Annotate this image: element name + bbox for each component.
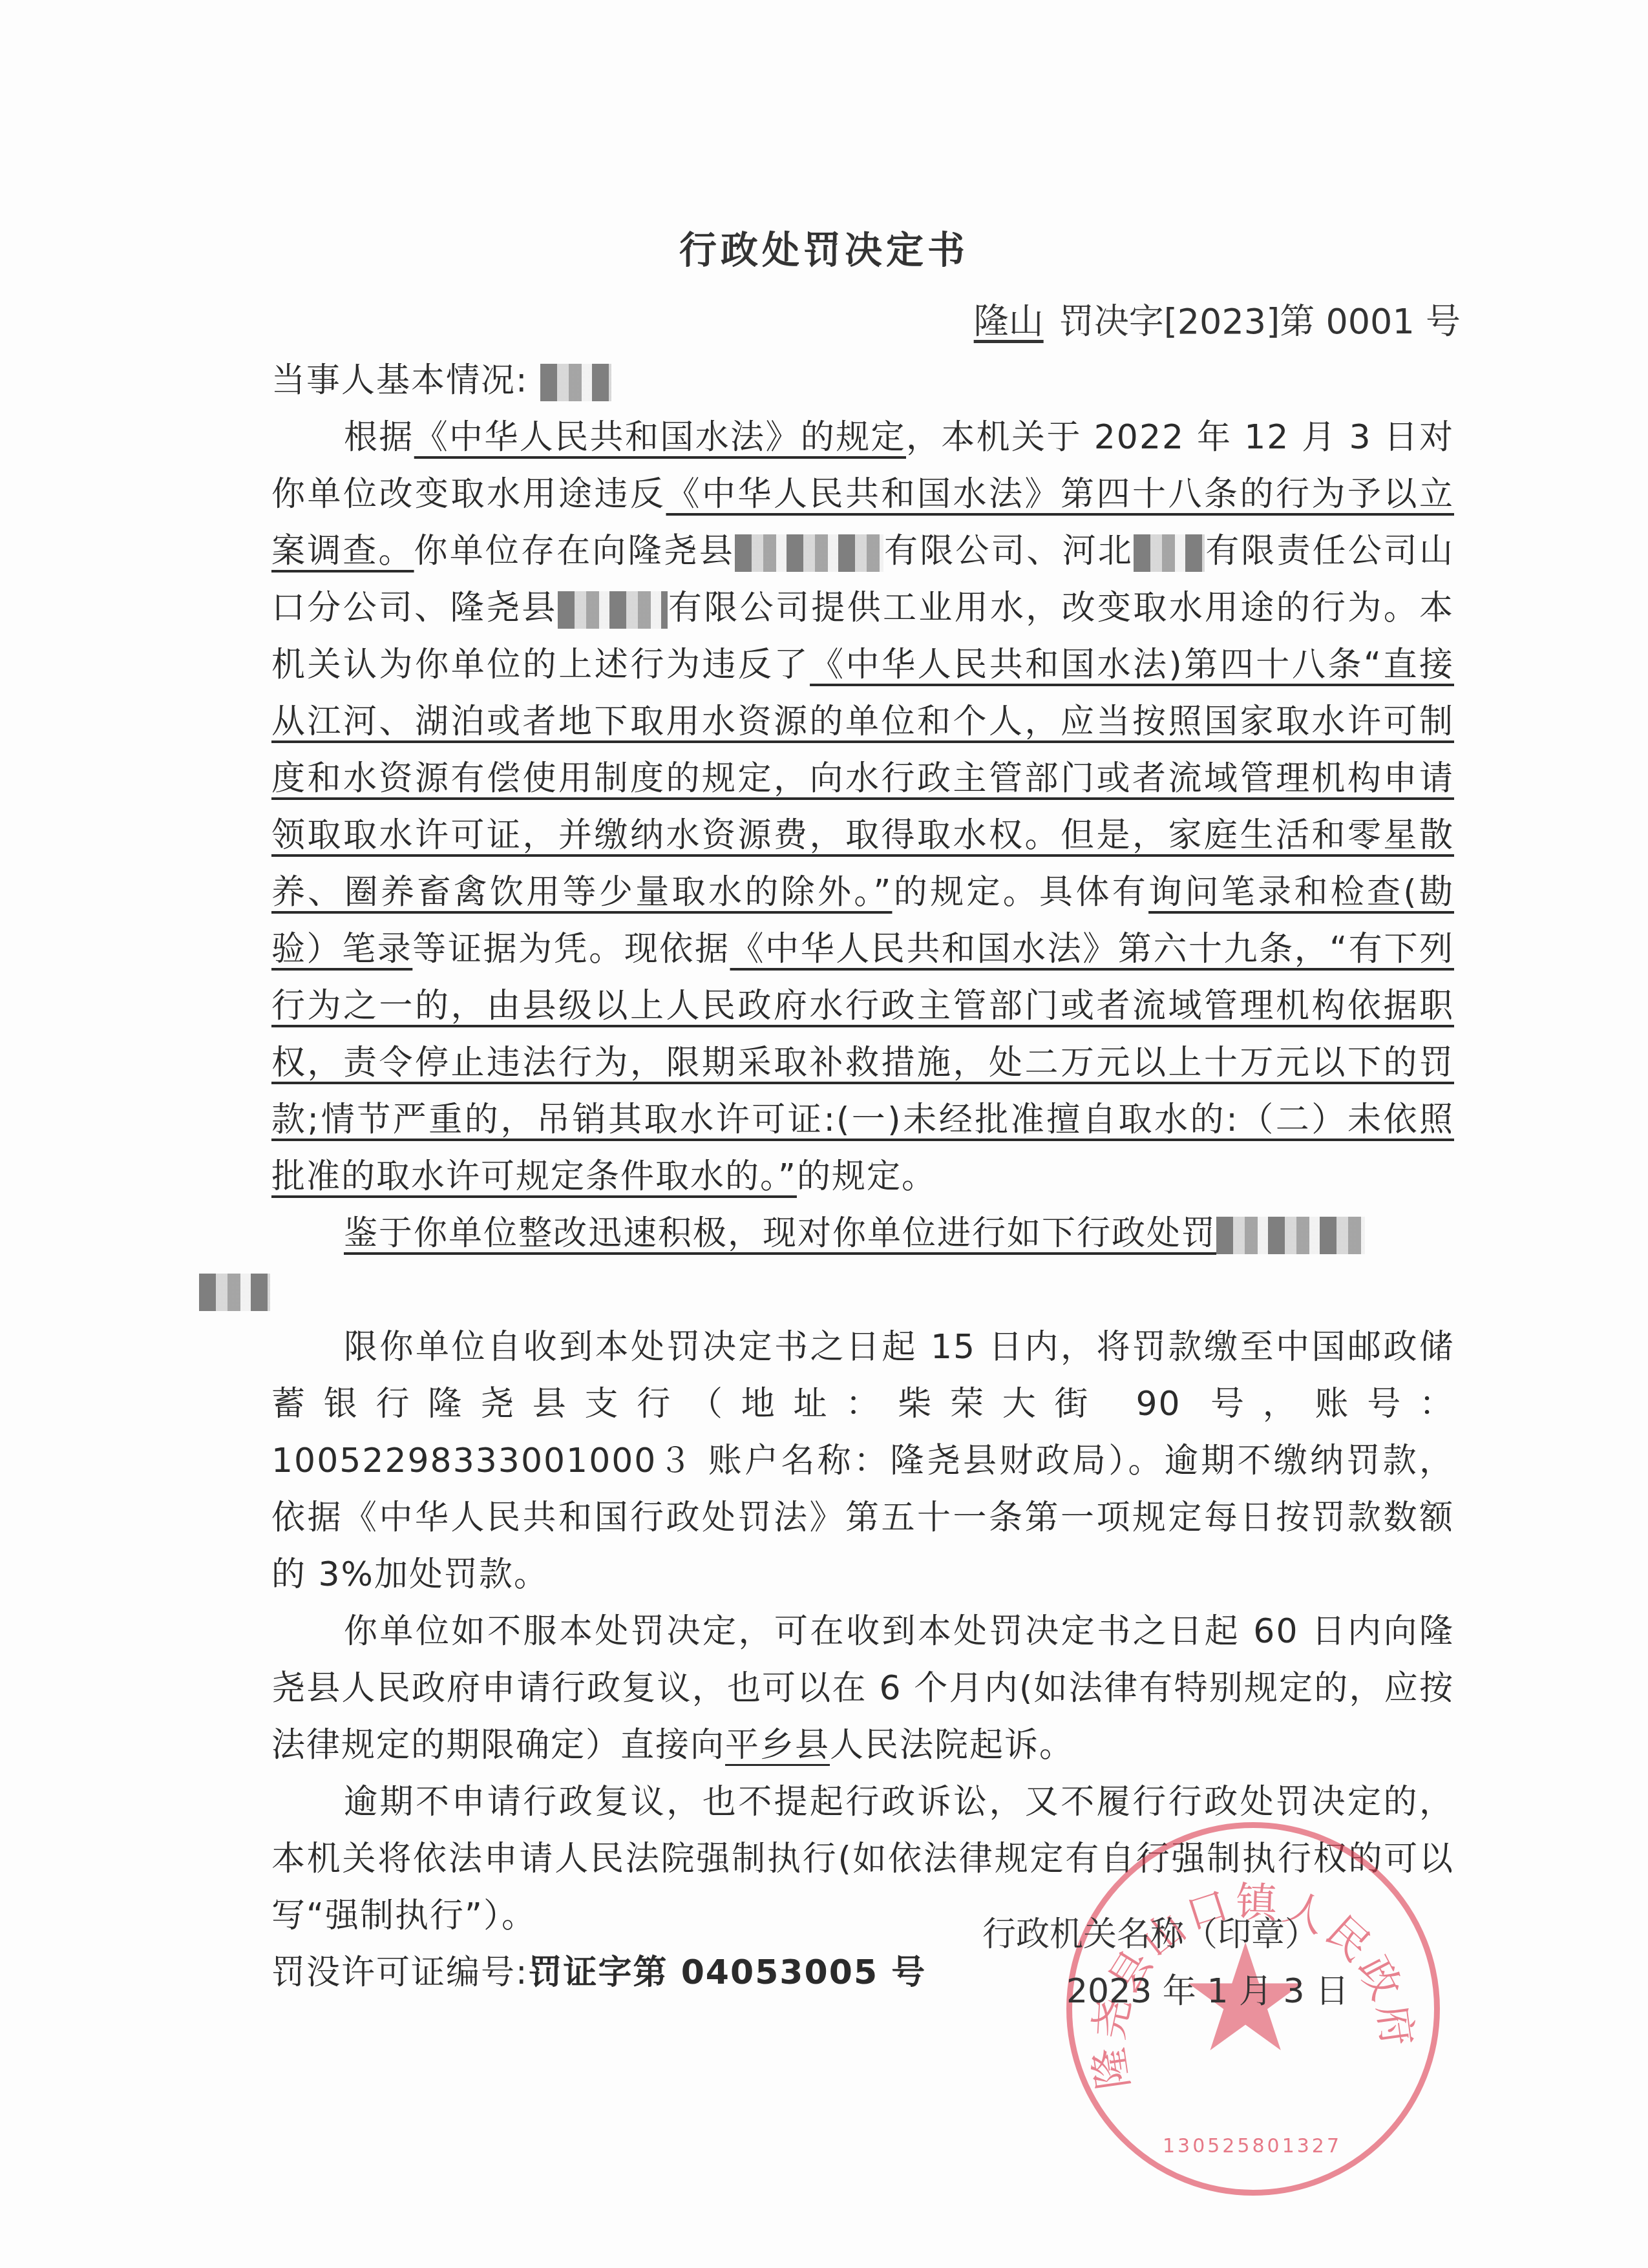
document-page: 行政处罚决定书 隆山罚决字[2023]第 0001 号 当事人基本情况: 根据《…	[0, 0, 1648, 2268]
redacted-penalty	[1216, 1217, 1365, 1254]
underlined-text: 《中华人民共和国水法》第六十九条，“有下列行为之一的，由县级以上人民政府水行政主…	[271, 930, 1454, 1196]
party-label: 当事人基本情况:	[271, 361, 529, 400]
redacted-party-name	[540, 364, 611, 401]
paragraph-penalty: 鉴于你单位整改迅速积极，现对你单位进行如下行政处罚	[271, 1205, 1454, 1319]
redacted-company-2	[1134, 534, 1205, 572]
text: 有限公司、河北	[883, 532, 1134, 571]
issue-date: 2023 年 1 月 3 日	[982, 1963, 1349, 2020]
seal-code: 130525801327	[1163, 2135, 1342, 2158]
text: 的规定。	[797, 1157, 936, 1196]
document-number: 隆山罚决字[2023]第 0001 号	[958, 294, 1461, 344]
document-number-rest: 罚决字[2023]第 0001 号	[1059, 301, 1461, 342]
text: 根据	[344, 418, 414, 457]
paragraph-facts: 根据《中华人民共和国水法》的规定，本机关于 2022 年 12 月 3 日对你单…	[271, 409, 1454, 1205]
paragraph-appeal: 你单位如不服本处罚决定，可在收到本处罚决定书之日起 60 日内向隆尧县人民政府申…	[271, 1603, 1454, 1774]
signature-block: 行政机关名称（印章） 2023 年 1 月 3 日	[982, 1906, 1349, 2020]
text: 的规定。具体有	[892, 873, 1148, 912]
party-info: 当事人基本情况:	[271, 352, 1454, 409]
document-title: 行政处罚决定书	[0, 220, 1648, 274]
text: 你单位存在向隆尧县	[414, 532, 735, 571]
document-body: 当事人基本情况: 根据《中华人民共和国水法》的规定，本机关于 2022 年 12…	[271, 352, 1454, 2001]
underlined-text: 《中华人民共和国水法)第四十八条“直接从江河、湖泊或者地下取用水资源的单位和个人…	[271, 646, 1454, 912]
underlined-text: 鉴于你单位整改迅速积极，现对你单位进行如下行政处罚	[344, 1214, 1216, 1253]
redacted-penalty-cont	[199, 1274, 270, 1311]
text: 人民法院起诉。	[830, 1726, 1074, 1765]
text: 等证据为凭。现依据	[412, 930, 730, 969]
license-value: 罚证字第 04053005 号	[529, 1953, 927, 1992]
court-name: 平乡县	[725, 1726, 830, 1765]
underlined-text: 《中华人民共和国水法》的规定	[414, 418, 906, 457]
license-label: 罚没许可证编号:	[271, 1953, 529, 1992]
authority-name: 行政机关名称（印章）	[982, 1906, 1349, 1963]
redacted-company-3	[558, 591, 668, 629]
paragraph-payment: 限你单位自收到本处罚决定书之日起 15 日内，将罚款缴至中国邮政储蓄银行隆尧县支…	[271, 1319, 1454, 1603]
redacted-company-1	[735, 534, 883, 572]
document-number-prefix: 隆山	[958, 301, 1059, 342]
